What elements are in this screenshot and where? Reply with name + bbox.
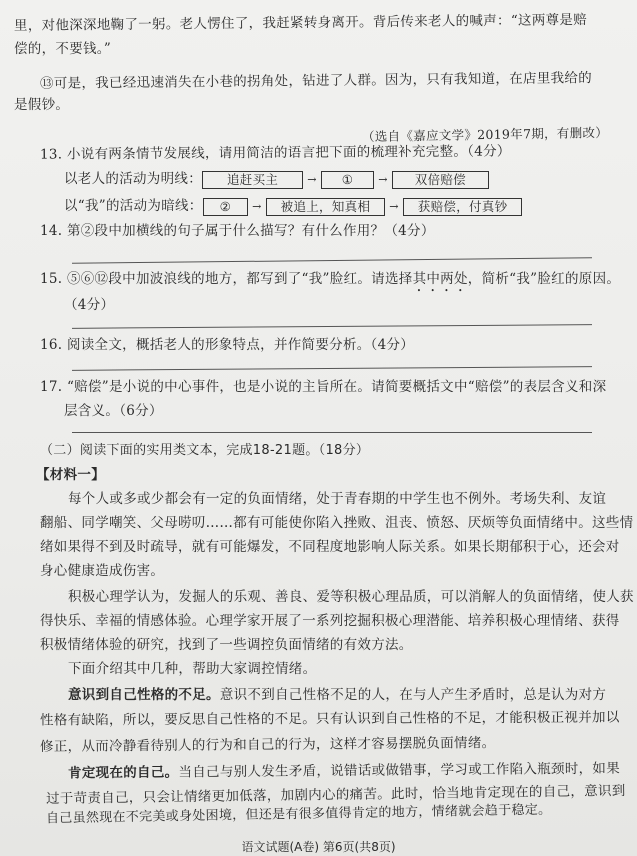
question-17-line2: 层含义。（6分）: [64, 402, 163, 420]
question-15-score: （4分）: [64, 296, 114, 314]
answer-line[interactable]: [72, 324, 592, 329]
material-text-line: 得快乐、幸福的情感体验。心理学家开展了一系列挖掘积极心理潜能、培养积极心理情绪、…: [40, 612, 620, 630]
arrow-right-icon: →: [252, 198, 262, 216]
story-paragraph-line: 是假钞。: [14, 96, 69, 114]
flow-box-blank-2: ②: [203, 198, 249, 216]
material-1-label: 【材料一】: [36, 466, 105, 484]
arrow-right-icon: →: [389, 198, 399, 216]
flow-box: 双倍赔偿: [392, 171, 489, 189]
emphasis-text: 其中两处: [413, 271, 468, 287]
method-1-title: 意识到自己性格的不足。: [68, 687, 220, 703]
answer-line[interactable]: [72, 432, 592, 433]
material-text-line: 翻船、同学嘲笑、父母唠叨……都有可能使你陷入挫败、沮丧、愤怒、厌烦等负面情绪中。…: [40, 514, 633, 532]
story-paragraph-13: ⑬可是，我已经迅速消失在小巷的拐角处，钻进了人群。因为，只有我知道，在店里我给的: [40, 69, 592, 93]
method-1-text: 意识不到自己性格不足的人，在与人产生矛盾时，总是认为对方: [220, 687, 606, 703]
method-2-title: 肯定现在的自己。: [68, 764, 179, 781]
flow-box: 获赔偿，付真钞: [403, 198, 523, 216]
flow-main-line: 以老人的活动为明线：追赶买主→①→双倍赔偿: [64, 170, 489, 189]
flow-box-blank-1: ①: [321, 171, 375, 189]
question-15: 15. ⑤⑥⑫段中加波浪线的地方，都写到了“我”脸红。请选择其中两处，简析“我”…: [40, 270, 620, 295]
method-1: 意识到自己性格的不足。意识不到自己性格不足的人，在与人产生矛盾时，总是认为对方: [68, 686, 606, 704]
story-paragraph-line: 里，对他深深地鞠了一躬。老人愣住了，我赶紧转身离开。背后传来老人的喊声：“这两尊…: [14, 11, 587, 35]
flow-main-label: 以老人的活动为明线：: [64, 171, 202, 187]
exam-page: 里，对他深深地鞠了一躬。老人愣住了，我赶紧转身离开。背后传来老人的喊声：“这两尊…: [0, 0, 637, 856]
material-text-line: 性格有缺陷，所以，要反思自己性格的不足。只有认识到自己性格的不足，才能积极正视并…: [40, 708, 620, 729]
material-text-line: 身心健康造成伤害。: [40, 562, 164, 580]
story-paragraph-line: 偿的，不要钱。”: [14, 40, 111, 58]
material-text-line: 绪如果得不到及时疏导，就有可能爆发，不同程度地影响人际关系。如果长期郁积于心，还…: [40, 538, 620, 556]
flow-hidden-line: 以“我”的活动为暗线：②→被追上，知真相→获赔偿，付真钞: [64, 197, 522, 216]
question-14: 14. 第②段中加横线的句子属于什么描写？有什么作用？（4分）: [40, 222, 435, 240]
method-2-text: 当自己与别人发生矛盾，说错话或做错事，学习或工作陷入瓶颈时，如果: [178, 761, 620, 781]
question-13: 13. 小说有两条情节发展线，请用简洁的语言把下面的梳理补充完整。（4分）: [40, 142, 511, 163]
question-15-text: ，简析“我”脸红的原因。: [468, 271, 620, 287]
method-2: 肯定现在的自己。当自己与别人发生矛盾，说错话或做错事，学习或工作陷入瓶颈时，如果: [68, 760, 620, 783]
flow-hidden-label: 以“我”的活动为暗线：: [64, 198, 203, 214]
question-17: 17. “赔偿”是小说的中心事件，也是小说的主旨所在。请简要概括文中“赔偿”的表…: [40, 378, 606, 396]
page-footer: 语文试题(A卷) 第6页(共8页): [0, 838, 637, 855]
answer-line[interactable]: [72, 257, 592, 263]
section-2-heading: （二）阅读下面的实用类文本，完成18-21题。（18分）: [40, 442, 369, 460]
flow-box: 追赶买主: [202, 171, 303, 189]
material-text-line: 积极心理学认为，发掘人的乐观、善良、爱等积极心理品质，可以消解人的负面情绪，使人…: [68, 588, 634, 606]
flow-box: 被追上，知真相: [266, 198, 386, 216]
question-15-text: 15. ⑤⑥⑫段中加波浪线的地方，都写到了“我”脸红。请选择: [40, 271, 413, 287]
material-text-line: 下面介绍其中几种，帮助大家调控情绪。: [68, 660, 316, 678]
material-text-line: 修正，从而冷静看待别人的行为和自己的行为，这样才容易摆脱负面情绪。: [40, 734, 496, 756]
question-16: 16. 阅读全文，概括老人的形象特点，并作简要分析。（4分）: [40, 336, 414, 354]
answer-line[interactable]: [72, 366, 592, 371]
arrow-right-icon: →: [307, 171, 317, 189]
material-text-line: 积极情绪体验的研究，找到了一些调控负面情绪的有效方法。: [40, 636, 413, 654]
material-text-line: 每个人或多或少都会有一定的负面情绪，处于青春期的中学生也不例外。考场失利、友谊: [68, 490, 606, 508]
arrow-right-icon: →: [378, 171, 388, 189]
